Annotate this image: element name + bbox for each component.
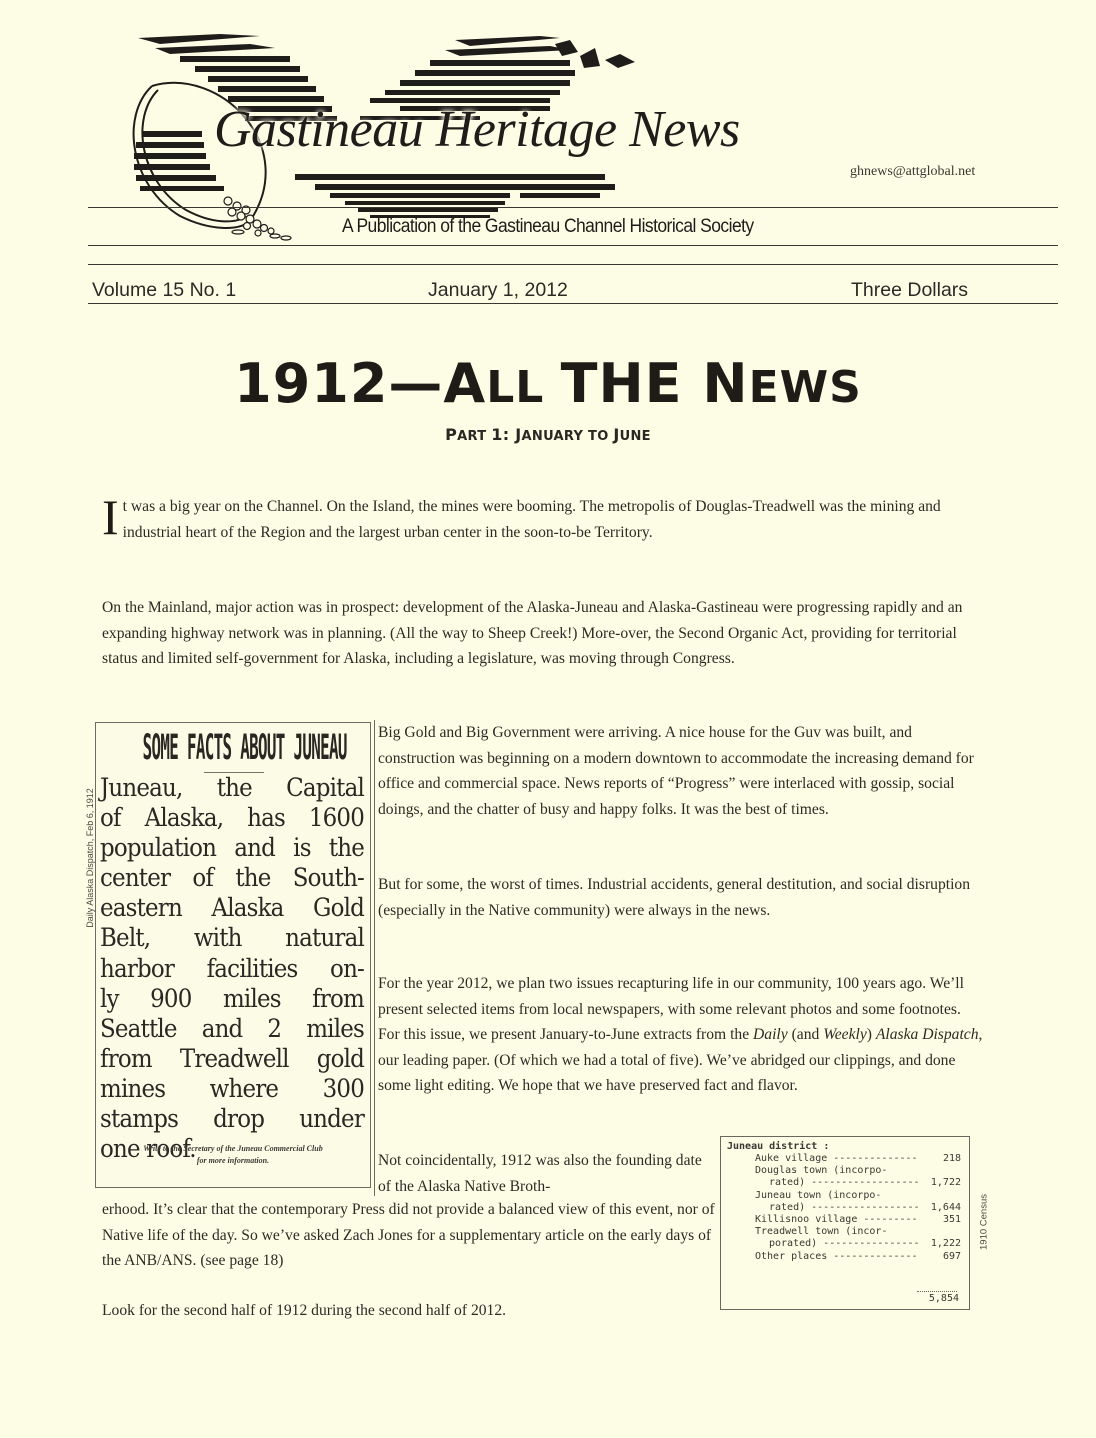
census-row-label: Juneau town (incorpo-	[755, 1190, 961, 1202]
clipping-line: Seattle and 2 miles	[100, 1014, 364, 1044]
masthead-rule-top	[88, 207, 1058, 208]
clipping-body: Juneau, the Capitalof Alaska, has 1600po…	[100, 773, 364, 1164]
clipping-footer: Write to the Secretary of the Juneau Com…	[96, 1143, 370, 1167]
drop-cap: I	[102, 496, 119, 538]
census-row-label: Douglas town (incorpo-	[755, 1165, 961, 1177]
census-row: rated) ------------------1,644	[755, 1202, 961, 1214]
issue-rule-top	[88, 264, 1058, 265]
masthead-title: Gastineau Heritage News	[214, 100, 740, 159]
clipping-headline: SOME FACTS ABOUT JUNEAU	[143, 727, 324, 768]
article-headline: 1912—ALL THE NEWS	[0, 352, 1096, 415]
clipping-source-caption: Daily Alaska Dispatch, Feb 6, 1912	[85, 788, 95, 928]
census-table: Juneau district : Auke village ---------…	[720, 1136, 970, 1310]
clipping-line: center of the South-	[100, 863, 364, 893]
intro-paragraph: It was a big year on the Channel. On the…	[102, 494, 982, 545]
clipping-line: harbor facilities on-	[100, 954, 364, 984]
contact-email[interactable]: ghnews@attglobal.net	[850, 164, 975, 180]
clipping-line: from Treadwell gold	[100, 1044, 364, 1074]
column-rule	[374, 720, 375, 1196]
issue-rule-bottom	[88, 303, 1058, 304]
clipping-line: mines where 300	[100, 1074, 364, 1104]
big-gold-paragraph: Big Gold and Big Government were arrivin…	[378, 720, 984, 822]
clipping-line: population and is the	[100, 833, 364, 863]
worst-of-times-paragraph: But for some, the worst of times. Indust…	[378, 872, 984, 923]
issue-volume: Volume 15 No. 1	[92, 279, 236, 302]
census-total-rule	[917, 1291, 957, 1292]
clipping-line: of Alaska, has 1600	[100, 803, 364, 833]
clipping-line: eastern Alaska Gold	[100, 893, 364, 923]
census-row: rated) ------------------1,722	[755, 1177, 961, 1189]
census-row: Other places --------------697	[755, 1251, 961, 1263]
census-total: 5,854	[929, 1293, 959, 1305]
anb-paragraph-continued: erhood. It’s clear that the contemporary…	[102, 1197, 717, 1274]
article-subheadline: PART 1: JANUARY TO JUNE	[0, 425, 1096, 444]
census-row-label: Treadwell town (incor-	[755, 1226, 961, 1238]
census-heading: Juneau district :	[727, 1141, 829, 1153]
anb-paragraph-start: Not coincidentally, 1912 was also the fo…	[378, 1148, 708, 1199]
census-row: porated) ----------------1,222	[755, 1238, 961, 1250]
year-2012-paragraph: For the year 2012, we plan two issues re…	[378, 971, 984, 1099]
clipping-line: Juneau, the Capital	[100, 773, 364, 803]
newspaper-clipping: SOME FACTS ABOUT JUNEAU Juneau, the Capi…	[95, 722, 371, 1188]
census-rows: Auke village --------------218Douglas to…	[755, 1153, 961, 1263]
publication-subtitle: A Publication of the Gastineau Channel H…	[342, 216, 754, 238]
census-row: Auke village --------------218	[755, 1153, 961, 1165]
clipping-line: stamps drop under	[100, 1104, 364, 1134]
masthead-rule-bottom	[88, 245, 1058, 246]
census-source-caption: 1910 Census	[979, 1194, 990, 1250]
issue-price: Three Dollars	[851, 279, 968, 302]
closing-paragraph: Look for the second half of 1912 during …	[102, 1298, 717, 1324]
clipping-line: Belt, with natural	[100, 923, 364, 953]
issue-date: January 1, 2012	[428, 279, 568, 302]
census-row: Killisnoo village ---------351	[755, 1214, 961, 1226]
mainland-paragraph: On the Mainland, major action was in pro…	[102, 595, 987, 672]
clipping-line: ly 900 miles from	[100, 984, 364, 1014]
